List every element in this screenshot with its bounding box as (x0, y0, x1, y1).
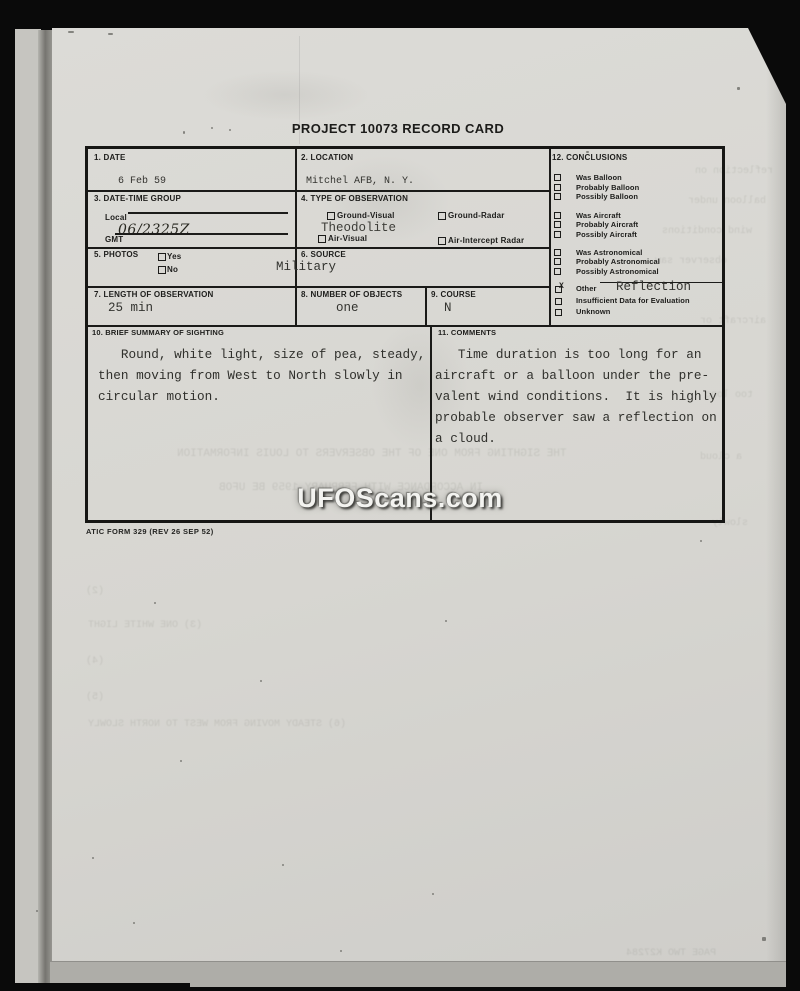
bleed-through-line: PAGE TWO K27284 (626, 948, 716, 959)
course-value: N (444, 301, 452, 315)
conclusion-row-probably-balloon: Probably Balloon (554, 183, 660, 193)
conclusion-checkbox-probably-balloon (554, 184, 561, 191)
conclusion-label-possibly-aircraft: Possibly Aircraft (576, 230, 637, 239)
conclusion-row-possibly-aircraft: Possibly Aircraft (554, 229, 660, 239)
bleed-through-line: (4) (86, 656, 104, 667)
conclusion-row-possibly-astronomical: Possibly Astronomical (554, 267, 660, 277)
conclusion-group-1: Was AircraftProbably AircraftPossibly Ai… (554, 210, 660, 239)
scan-speck (445, 620, 447, 622)
card-gridline (88, 190, 549, 192)
conclusion-row-was-aircraft: Was Aircraft (554, 210, 660, 220)
conclusion-row-possibly-balloon: Possibly Balloon (554, 192, 660, 202)
source-value: Military (276, 260, 336, 274)
card-gridline (549, 149, 551, 325)
field-label-length-of-observation: 7. LENGTH OF OBSERVATION (94, 290, 213, 299)
scan-speck (229, 129, 231, 131)
comments-text: Time duration is too long for an aircraf… (435, 344, 721, 449)
observation-checkbox-ground-radar (438, 212, 446, 220)
summary-text: Round, white light, size of pea, steady,… (98, 344, 434, 407)
conclusion-checkbox-insufficient (555, 298, 562, 305)
observation-label-ground-visual: Ground-Visual (337, 211, 395, 220)
card-gridline (425, 286, 427, 325)
conclusion-label-unknown: Unknown (576, 307, 610, 316)
conclusion-checkbox-possibly-astronomical (554, 268, 561, 275)
gmt-blank-line (115, 233, 288, 235)
field-label-course: 9. COURSE (431, 290, 476, 299)
conclusion-label-other: Other (576, 284, 597, 293)
objects-value: one (336, 301, 359, 315)
conclusion-row-probably-astronomical: Probably Astronomical (554, 257, 660, 267)
observation-checkbox-air-visual (318, 235, 326, 243)
conclusions-checklist: Was BalloonProbably BalloonPossibly Ball… (554, 173, 660, 285)
conclusion-checkbox-probably-aircraft (554, 221, 561, 228)
conclusion-checkbox-possibly-aircraft (554, 231, 561, 238)
conclusion-checkbox-was-astronomical (554, 249, 561, 256)
bleed-through-line: (6) STEADY MOVING FROM WEST TO NORTH SLO… (88, 719, 346, 730)
page-title: PROJECT 10073 RECORD CARD (258, 121, 538, 136)
scan-speck (586, 151, 589, 153)
card-gridline (88, 325, 722, 327)
card-gridline (88, 286, 549, 288)
photos-label-yes: Yes (167, 252, 181, 261)
observation-label-air-intercept-radar: Air-Intercept Radar (448, 236, 524, 245)
scan-border-top (0, 0, 800, 28)
scan-smudge (200, 70, 370, 120)
conclusion-row-probably-aircraft: Probably Aircraft (554, 220, 660, 230)
field-label-brief-summary: 10. BRIEF SUMMARY OF SIGHTING (92, 328, 224, 337)
conclusion-group-0: Was BalloonProbably BalloonPossibly Ball… (554, 173, 660, 202)
bleed-through-line: (2) (86, 586, 104, 597)
date-value: 6 Feb 59 (118, 176, 166, 187)
conclusion-checkbox-was-balloon (554, 174, 561, 181)
observation-checkbox-ground-visual (327, 212, 335, 220)
card-gridline (295, 149, 297, 325)
scan-speck (68, 31, 74, 33)
form-number: ATIC FORM 329 (REV 26 SEP 52) (86, 527, 214, 536)
observation-label-ground-radar: Ground-Radar (448, 211, 505, 220)
conclusion-checkbox-possibly-balloon (554, 193, 561, 200)
observation-annotation: Theodolite (321, 221, 396, 235)
conclusion-label-was-balloon: Was Balloon (576, 173, 622, 182)
scan-speck (180, 760, 182, 762)
conclusion-label-possibly-astronomical: Possibly Astronomical (576, 267, 659, 276)
photos-checkbox-yes (158, 253, 166, 261)
scan-speck (183, 131, 185, 134)
scan-speck (432, 893, 434, 895)
conclusion-label-possibly-balloon: Possibly Balloon (576, 192, 638, 201)
length-value: 25 min (108, 301, 153, 315)
scan-speck (92, 857, 94, 859)
conclusion-label-probably-balloon: Probably Balloon (576, 183, 639, 192)
location-value: Mitchel AFB, N. Y. (306, 176, 414, 187)
conclusion-checkbox-probably-astronomical (554, 258, 561, 265)
watermark: UFOScans.com (260, 483, 540, 514)
conclusion-label-was-astronomical: Was Astronomical (576, 248, 642, 257)
photos-label-no: No (167, 265, 178, 274)
observation-label-air-visual: Air-Visual (328, 234, 367, 243)
field-label-photos: 5. PHOTOS (94, 250, 138, 259)
scan-speck (567, 154, 569, 156)
conclusion-label-probably-aircraft: Probably Aircraft (576, 220, 638, 229)
conclusion-group-2: Was AstronomicalProbably AstronomicalPos… (554, 248, 660, 277)
bleed-through-line: (3) ONE WHITE LIGHT (88, 620, 202, 631)
other-check-x: X (559, 282, 564, 291)
scan-border-left (0, 0, 15, 991)
conclusion-checkbox-unknown (555, 309, 562, 316)
scan-speck (340, 950, 342, 952)
scan-speck (282, 864, 284, 866)
field-label-date-time-group: 3. DATE-TIME GROUP (94, 194, 181, 203)
scan-speck (737, 87, 740, 90)
field-label-conclusions: 12. CONCLUSIONS (552, 153, 627, 162)
field-label-source: 6. SOURCE (301, 250, 346, 259)
field-label-type-of-observation: 4. TYPE OF OBSERVATION (301, 194, 408, 203)
other-value: Reflection (616, 280, 691, 294)
local-blank-line (128, 212, 288, 214)
scan-speck (211, 127, 213, 129)
scan-corner-bottom-left (0, 983, 190, 991)
scan-speck (700, 540, 702, 542)
field-label-date: 1. DATE (94, 153, 125, 162)
observation-checkbox-air-intercept-radar (438, 237, 446, 245)
field-label-location: 2. LOCATION (301, 153, 353, 162)
conclusion-row-was-astronomical: Was Astronomical (554, 248, 660, 258)
local-label: Local (105, 213, 127, 222)
scan-speck (260, 680, 262, 682)
conclusion-label-was-aircraft: Was Aircraft (576, 211, 621, 220)
scan-speck (108, 33, 113, 35)
scan-speck (133, 922, 135, 924)
field-label-comments: 11. COMMENTS (438, 328, 496, 337)
scan-speck (36, 910, 38, 912)
bleed-through-line: (5) (86, 692, 104, 703)
field-label-number-of-objects: 8. NUMBER OF OBJECTS (301, 290, 402, 299)
scan-speck (762, 937, 766, 941)
gmt-value-handwritten: 06/2325Z (118, 222, 190, 238)
conclusion-label-probably-astronomical: Probably Astronomical (576, 257, 660, 266)
photos-checkbox-no (158, 266, 166, 274)
conclusion-row-was-balloon: Was Balloon (554, 173, 660, 183)
scan-border-right (786, 0, 800, 991)
card-gridline (88, 247, 549, 249)
record-card: 1. DATE 2. LOCATION 3. DATE-TIME GROUP 4… (85, 146, 725, 523)
conclusion-checkbox-was-aircraft (554, 212, 561, 219)
scan-speck (154, 602, 156, 604)
conclusion-label-insufficient: Insufficient Data for Evaluation (576, 296, 690, 305)
